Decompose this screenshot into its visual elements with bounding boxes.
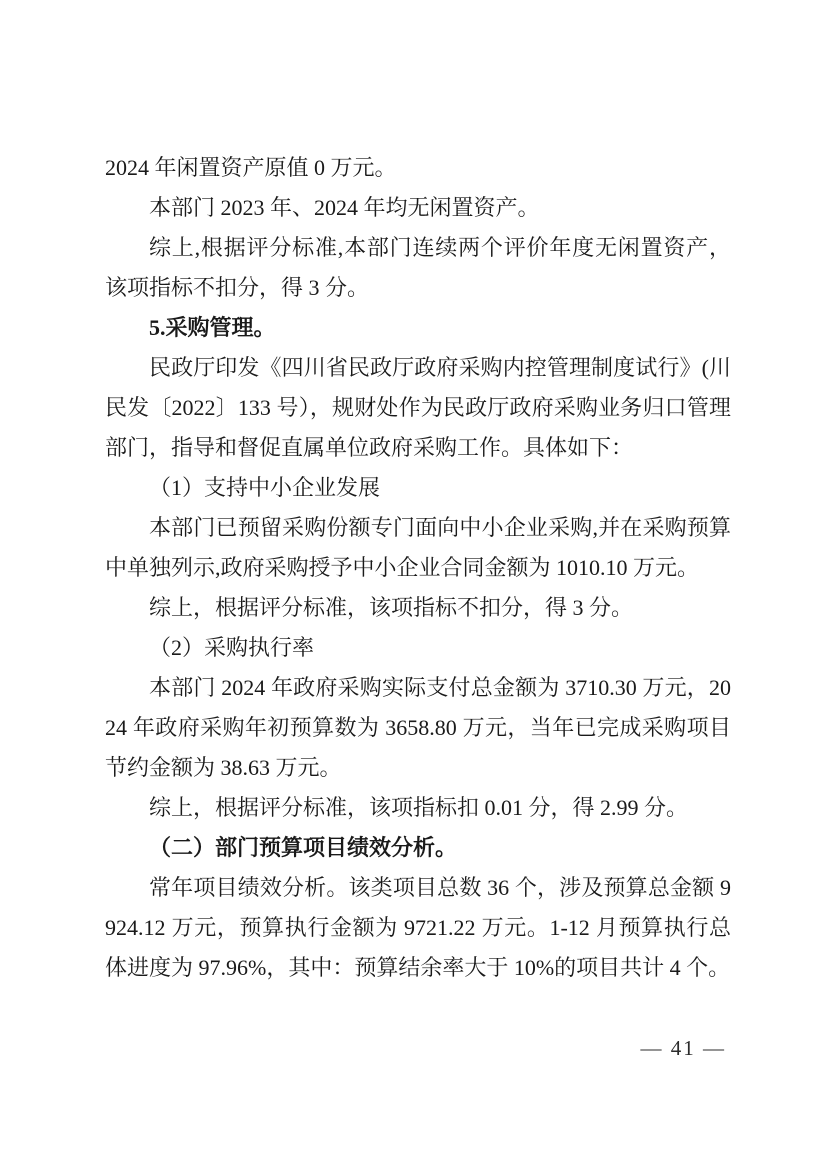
- paragraph-idle-assets-score: 综上,根据评分标准,本部门连续两个评价年度无闲置资产，该项指标不扣分，得 3 分…: [105, 228, 731, 308]
- paragraph-procurement-execution: 本部门 2024 年政府采购实际支付总金额为 3710.30 万元，2024 年…: [105, 668, 731, 788]
- subheading-support-sme: （1）支持中小企业发展: [105, 468, 731, 508]
- paragraph-execution-score: 综上，根据评分标准，该项指标扣 0.01 分，得 2.99 分。: [105, 788, 731, 828]
- paragraph-procurement-system: 民政厅印发《四川省民政厅政府采购内控管理制度试行》(川民发〔2022〕133 号…: [105, 348, 731, 468]
- paragraph-sme-score: 综上，根据评分标准，该项指标不扣分，得 3 分。: [105, 588, 731, 628]
- page-number: — 41 —: [641, 1036, 727, 1060]
- paragraph-no-idle-assets: 本部门 2023 年、2024 年均无闲置资产。: [105, 188, 731, 228]
- subheading-procurement-execution-rate: （2）采购执行率: [105, 628, 731, 668]
- document-body: 2024 年闲置资产原值 0 万元。 本部门 2023 年、2024 年均无闲置…: [105, 148, 731, 988]
- paragraph-idle-assets-2024: 2024 年闲置资产原值 0 万元。: [105, 148, 731, 188]
- paragraph-sme-procurement: 本部门已预留采购份额专门面向中小企业采购,并在采购预算中单独列示,政府采购授予中…: [105, 508, 731, 588]
- document-page: 2024 年闲置资产原值 0 万元。 本部门 2023 年、2024 年均无闲置…: [0, 0, 826, 1169]
- paragraph-annual-project-performance: 常年项目绩效分析。该类项目总数 36 个，涉及预算总金额 9924.12 万元，…: [105, 868, 731, 988]
- heading-project-performance-analysis: （二）部门预算项目绩效分析。: [105, 828, 731, 868]
- heading-procurement-management: 5.采购管理。: [105, 308, 731, 348]
